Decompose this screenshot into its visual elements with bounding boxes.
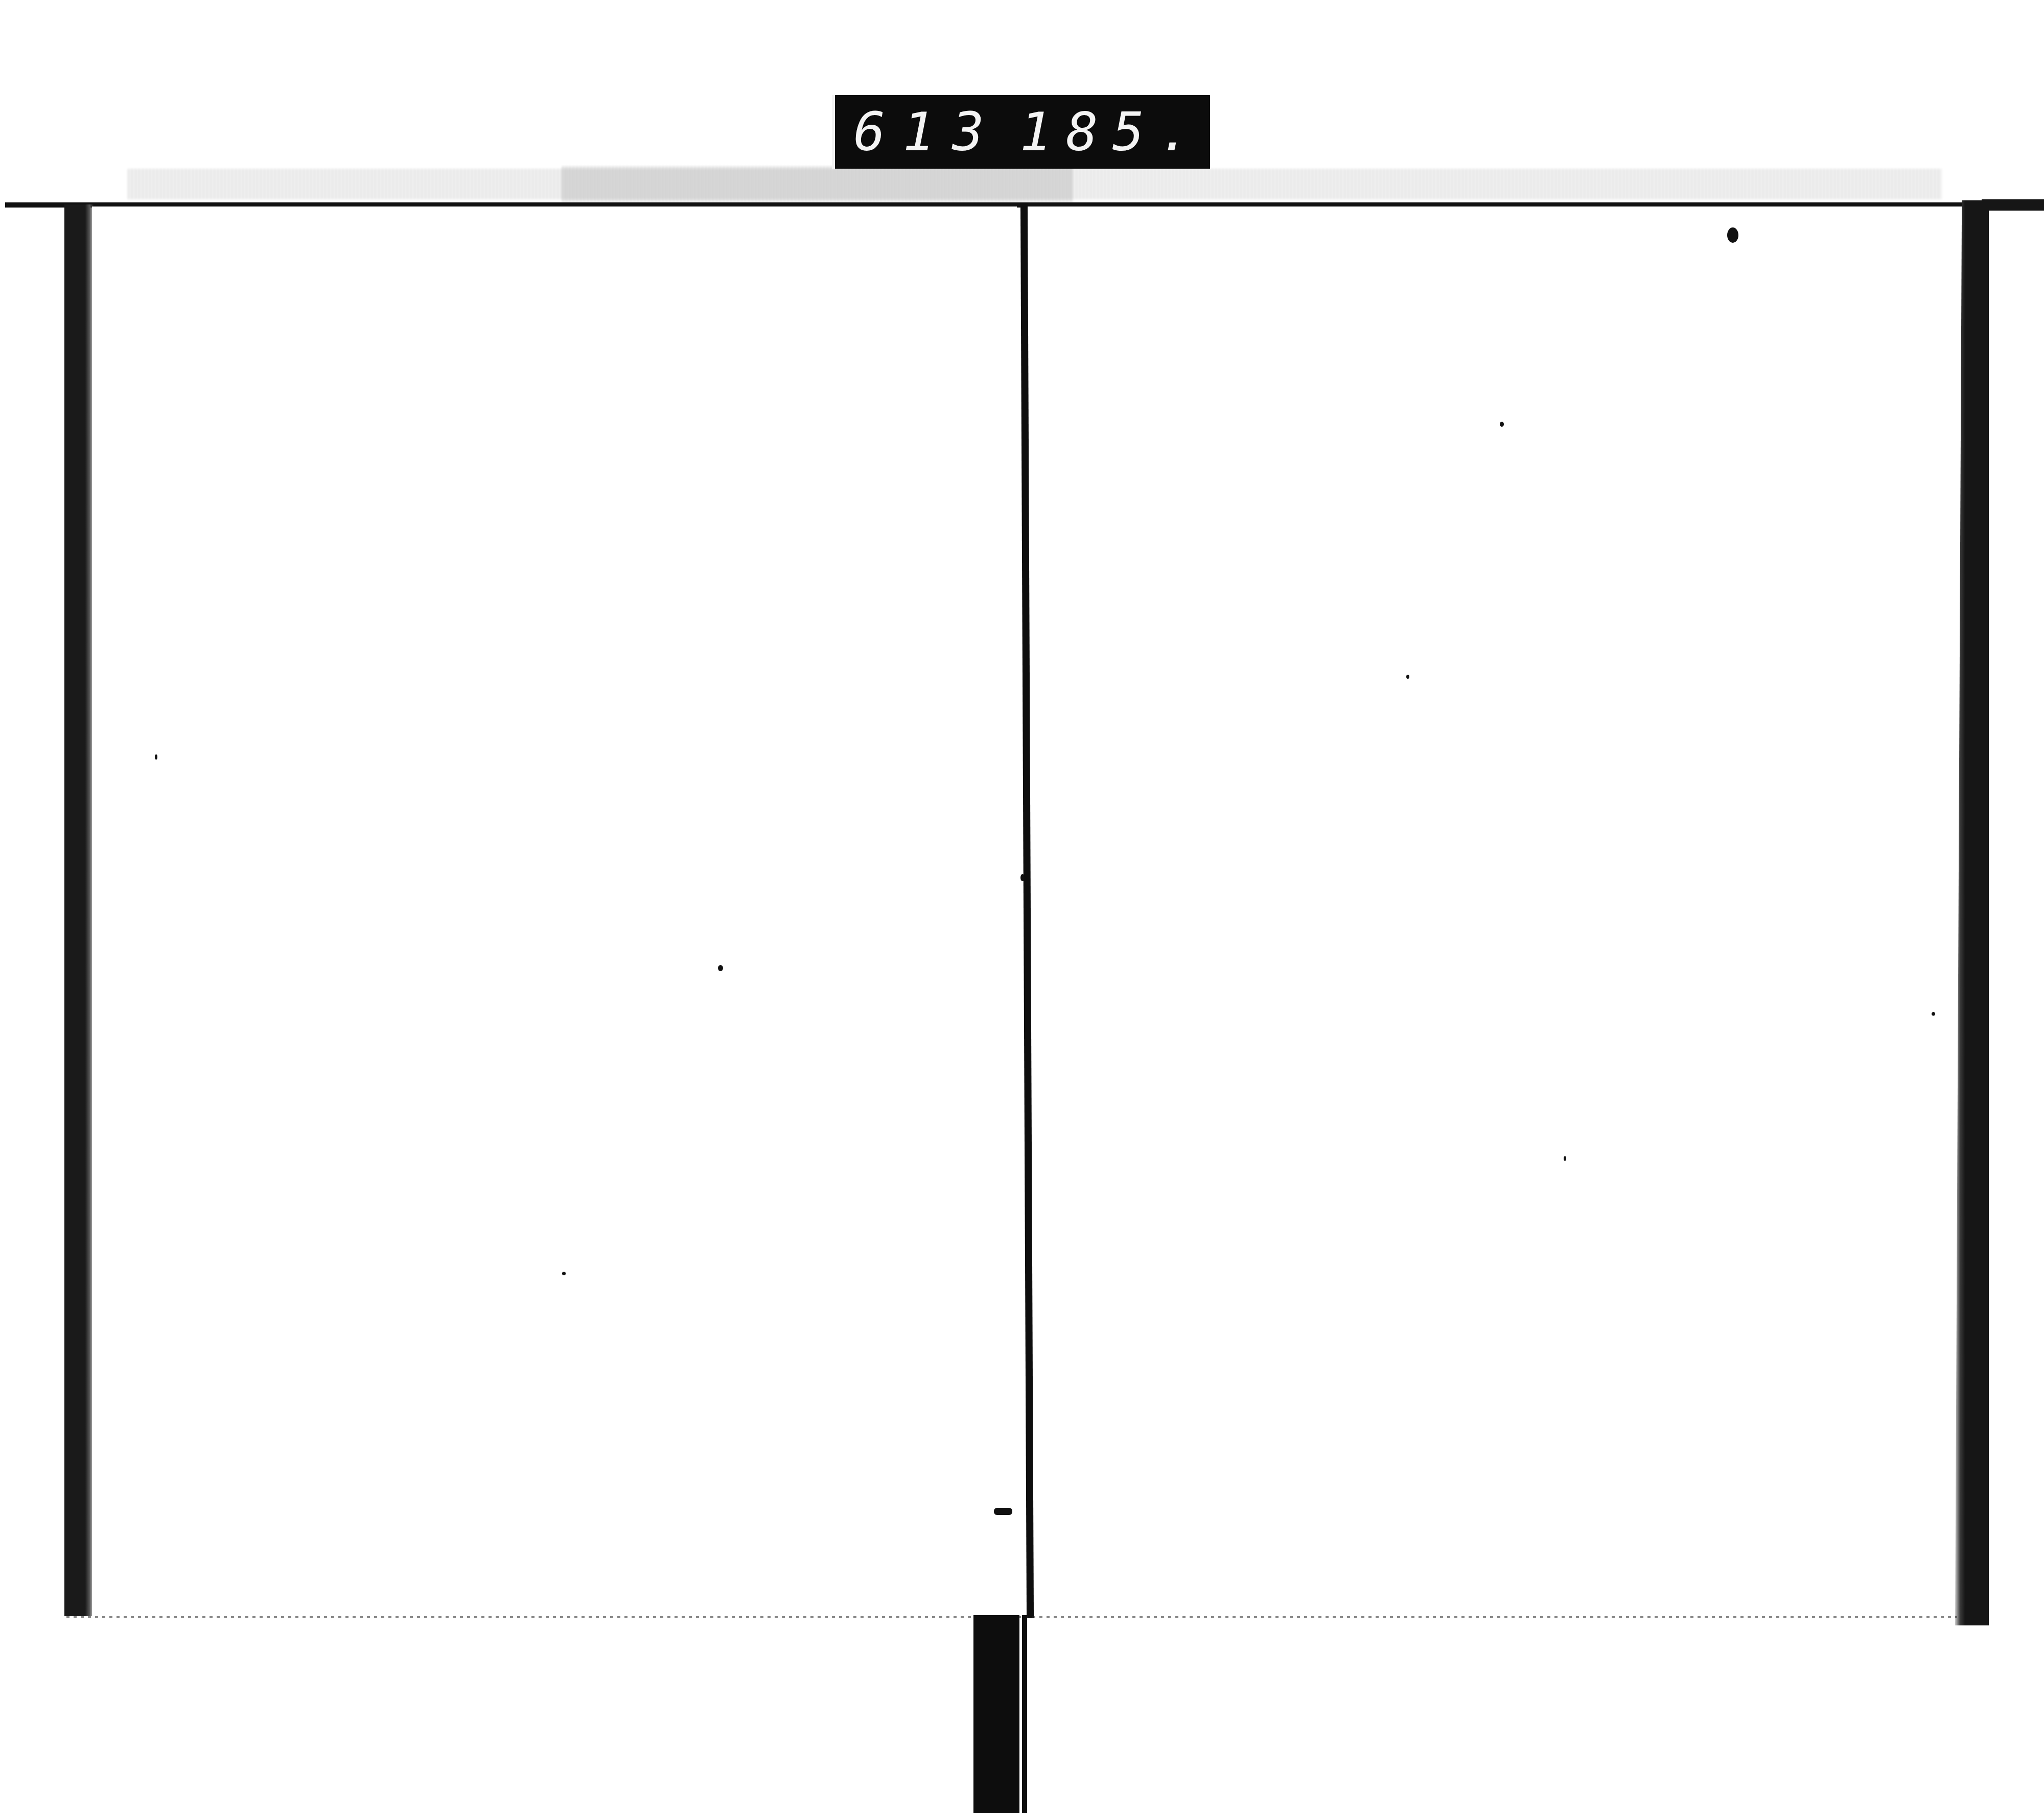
bottom-tab-strip <box>973 1615 1019 1813</box>
bottom-spine-line <box>1022 1615 1027 1813</box>
right-page <box>1027 206 1962 1617</box>
dust-speck <box>562 1272 566 1275</box>
frame-number-plate: 613 185. <box>832 95 1210 169</box>
dust-speck <box>1500 422 1504 427</box>
right-cover-cap <box>1982 199 2044 211</box>
dust-speck <box>1020 874 1025 881</box>
dust-speck <box>1406 675 1409 679</box>
scan-grain-band-center <box>562 166 1073 202</box>
left-page <box>92 206 1017 1617</box>
dust-speck <box>994 1508 1012 1515</box>
dust-speck <box>1727 227 1738 243</box>
dust-speck <box>1564 1156 1566 1161</box>
left-cover-edge <box>64 204 94 1616</box>
dust-speck <box>155 754 157 760</box>
reel-number: 613 <box>853 95 1002 169</box>
dust-speck <box>718 965 723 971</box>
frame-number: 185. <box>1020 95 1205 169</box>
dust-speck <box>1932 1012 1935 1016</box>
